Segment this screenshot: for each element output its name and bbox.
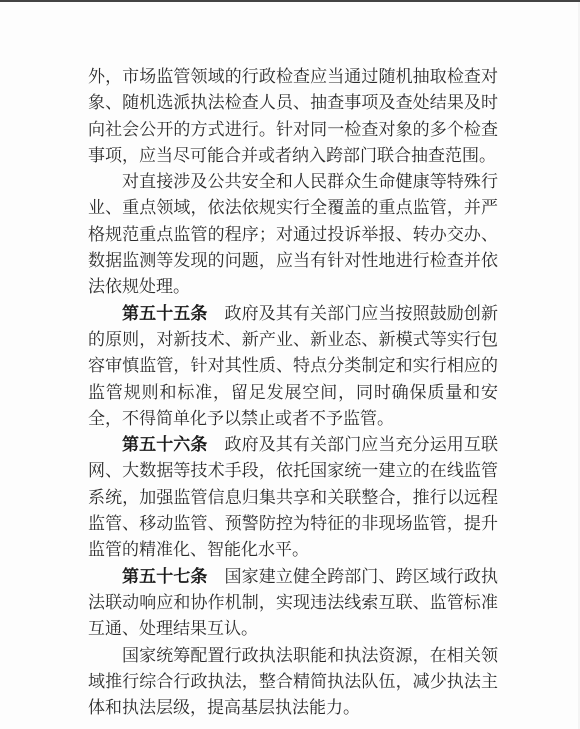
article-55: 第五十五条政府及其有关部门应当按照鼓励创新的原则，对新技术、新产业、新业态、新模… — [88, 301, 498, 432]
paragraph-continuation: 外，市场监管领域的行政检查应当通过随机抽取检查对象、随机选派执法检查人员、抽查事… — [88, 64, 498, 169]
document-page: 外，市场监管领域的行政检查应当通过随机抽取检查对象、随机选派执法检查人员、抽查事… — [88, 64, 498, 721]
paragraph-text: 国家统筹配置行政执法职能和执法资源，在相关领域推行综合行政执法，整合精简执法队伍… — [88, 646, 498, 719]
article-57: 第五十七条国家建立健全跨部门、跨区域行政执法联动响应和协作机制，实现违法线索互联… — [88, 564, 498, 643]
paragraph-comprehensive-enforcement: 国家统筹配置行政执法职能和执法资源，在相关领域推行综合行政执法，整合精简执法队伍… — [88, 643, 498, 722]
paragraph-text: 外，市场监管领域的行政检查应当通过随机抽取检查对象、随机选派执法检查人员、抽查事… — [88, 67, 498, 166]
article-56: 第五十六条政府及其有关部门应当充分运用互联网、大数据等技术手段，依托国家统一建立… — [88, 432, 498, 563]
paragraph-key-supervision: 对直接涉及公共安全和人民群众生命健康等特殊行业、重点领域，依法依规实行全覆盖的重… — [88, 169, 498, 300]
article-number: 第五十六条 — [122, 435, 208, 455]
paragraph-text: 对直接涉及公共安全和人民群众生命健康等特殊行业、重点领域，依法依规实行全覆盖的重… — [88, 172, 498, 297]
article-number: 第五十五条 — [122, 304, 208, 324]
article-number: 第五十七条 — [122, 567, 208, 587]
